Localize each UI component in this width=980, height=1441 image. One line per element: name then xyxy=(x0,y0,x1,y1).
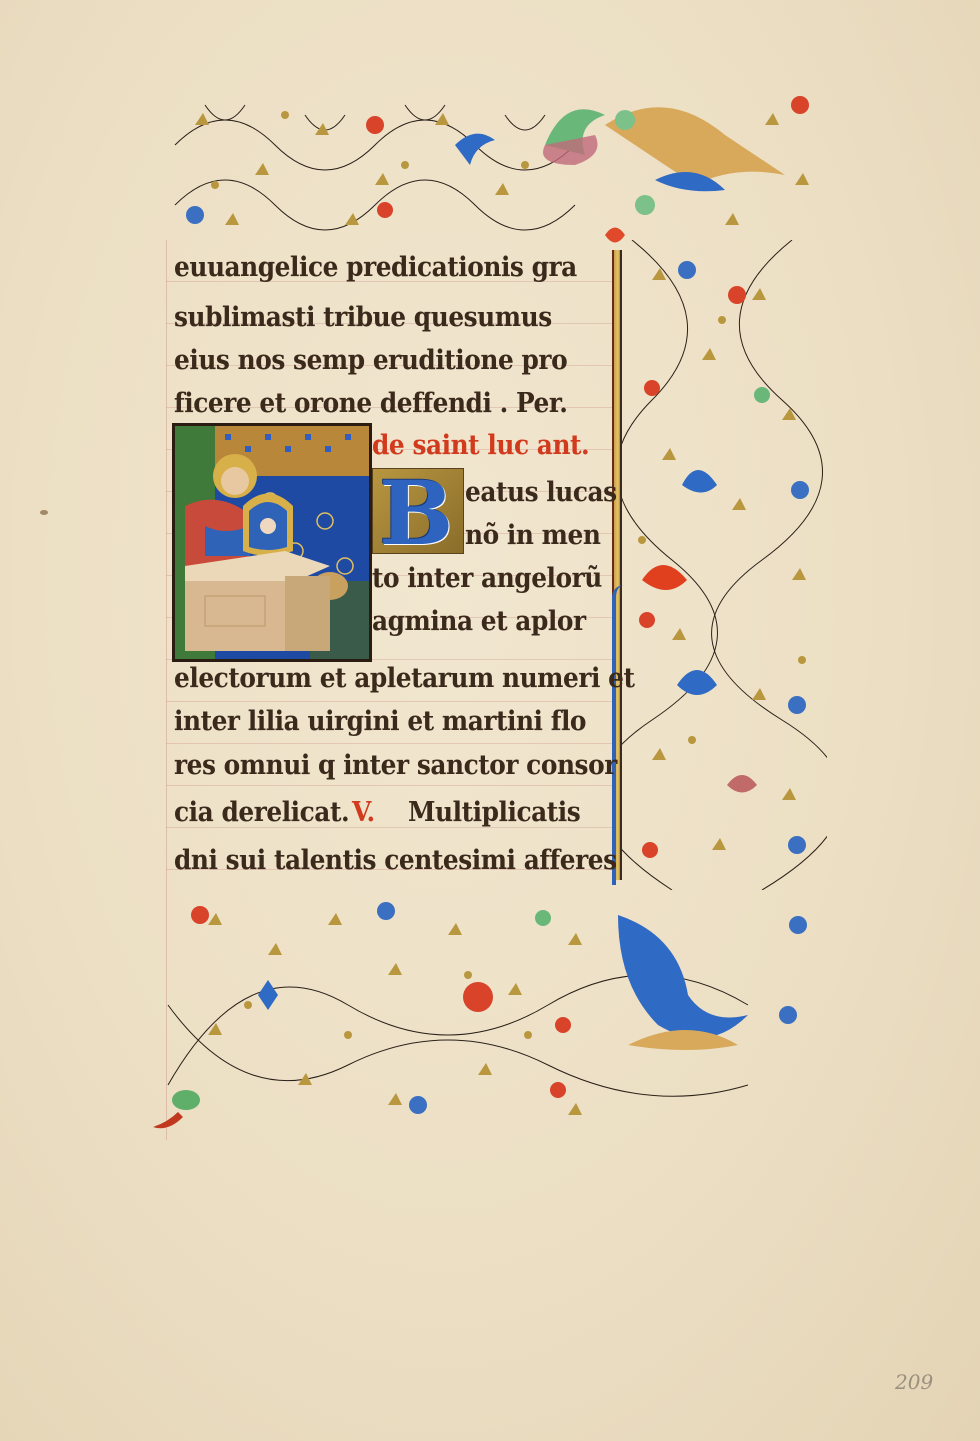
text-line-3: eius nos semp eruditione pro xyxy=(174,345,567,376)
border-right xyxy=(612,240,827,890)
miniature-saint-luke xyxy=(172,423,372,662)
initial-letter: B xyxy=(379,461,453,565)
text-line-9: electorum et apletarum numeri et xyxy=(174,663,635,694)
border-bottom xyxy=(148,885,828,1140)
border-top xyxy=(165,85,825,245)
text-line-4: ficere et orone deffendi . Per. xyxy=(174,388,567,419)
manuscript-page: euuangelice predicationis gra sublimasti… xyxy=(0,0,980,1441)
text-line-2: sublimasti tribue quesumus xyxy=(174,302,552,333)
folio-number: 209 xyxy=(895,1370,933,1394)
historiated-initial: B xyxy=(372,468,464,554)
border-bar-blue xyxy=(612,585,624,885)
initial-line-4: agmina et aplor xyxy=(372,606,586,637)
initial-line-3: to inter angelorũ xyxy=(372,563,602,594)
text-line-11: res omnui q inter sanctor consor xyxy=(174,750,617,781)
text-line-1: euuangelice predicationis gra xyxy=(174,252,577,283)
vine-border-bottom-icon xyxy=(148,885,828,1140)
text-line-13: dni sui talentis centesimi afferes xyxy=(174,845,617,876)
initial-line-1: eatus lucas xyxy=(465,477,617,508)
parchment-stain xyxy=(40,510,48,515)
rubric-heading: de saint luc ant. xyxy=(372,430,589,461)
initial-line-2: nõ in men xyxy=(465,520,600,551)
text-line-12: cia derelicat. xyxy=(174,797,349,828)
text-line-10: inter lilia uirgini et martini flo xyxy=(174,706,586,737)
vine-border-right-icon xyxy=(612,240,827,890)
vine-border-top-icon xyxy=(165,85,825,245)
versicle-mark: V. xyxy=(352,797,375,828)
versicle-text: Multiplicatis xyxy=(408,797,580,828)
saint-luke-painting-icon xyxy=(175,426,369,659)
